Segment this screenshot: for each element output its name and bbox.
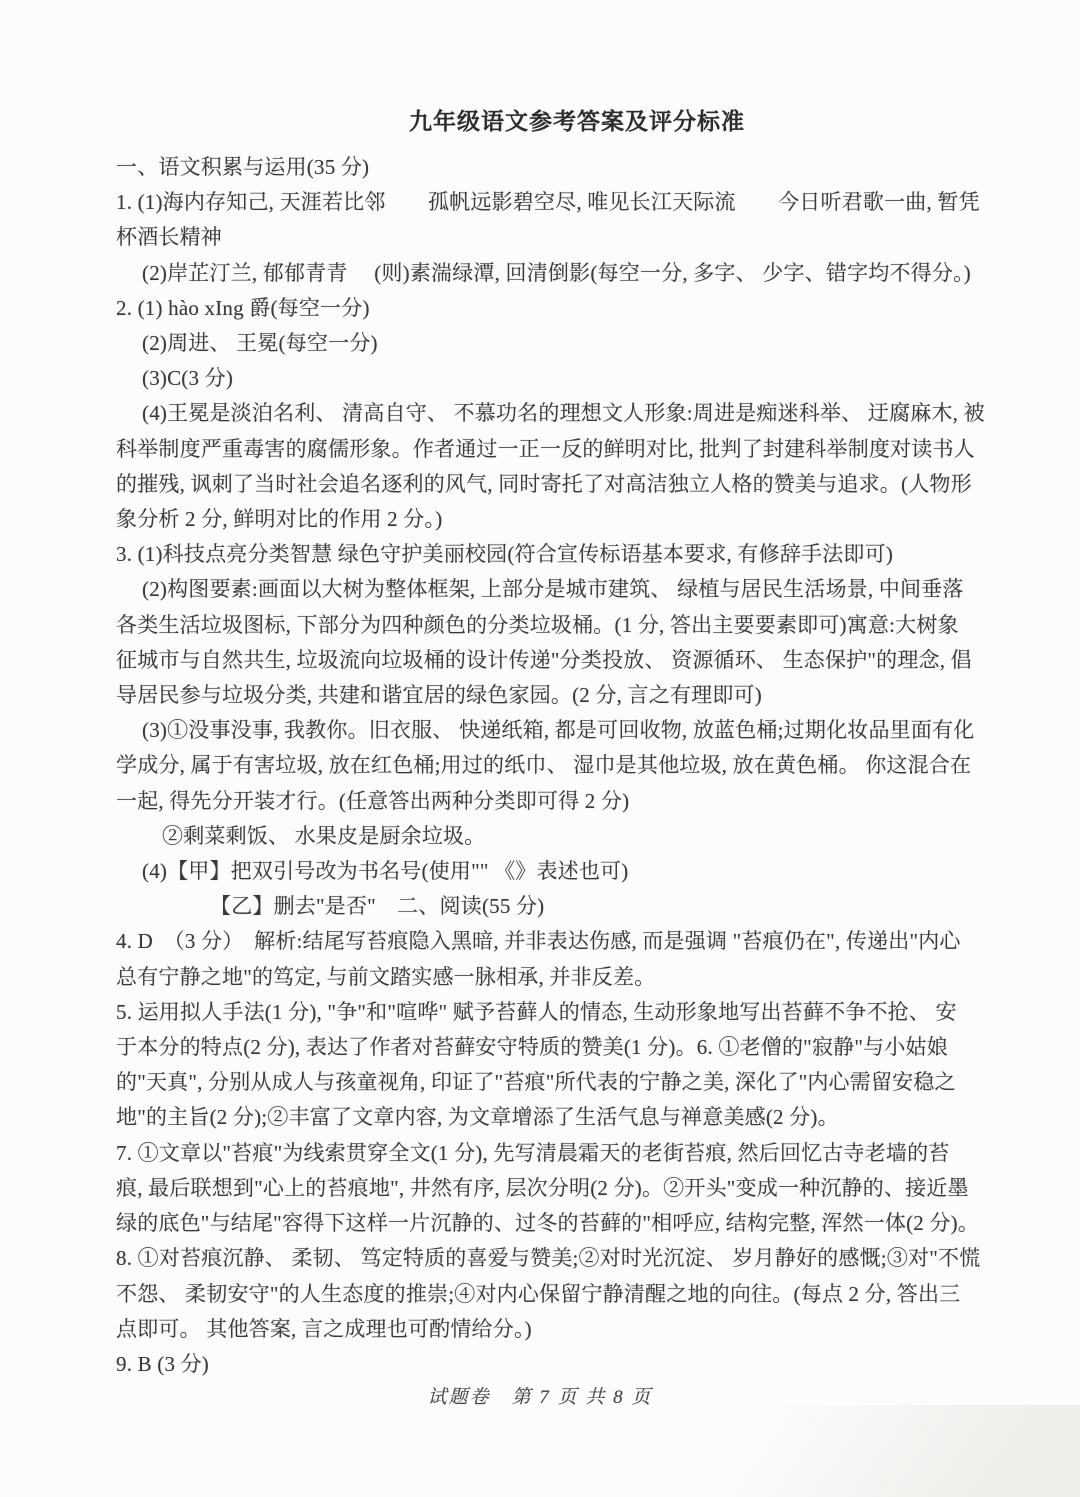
text-line: 【乙】删去"是否" 二、阅读(55 分) <box>116 889 992 924</box>
page-footer: 试题卷 第 7 页 共 8 页 <box>0 1382 1080 1409</box>
text-line: 征城市与自然共生, 垃圾流向垃圾桶的设计传递"分类投放、 资源循环、 生态保护"… <box>116 643 992 678</box>
text-line: 各类生活垃圾图标, 下部分为四种颜色的分类垃圾桶。(1 分, 答出主要要素即可)… <box>116 608 992 643</box>
text-line: 点即可。 其他答案, 言之成理也可酌情给分。) <box>116 1312 992 1347</box>
text-line: 总有宁静之地"的笃定, 与前文踏实感一脉相承, 并非反差。 <box>116 960 992 995</box>
scan-shadow-artifact <box>720 1405 1080 1497</box>
document-content: 九年级语文参考答案及评分标准 一、语文积累与运用(35 分)1. (1)海内存知… <box>116 104 992 1382</box>
text-line: 绿的底色"与结尾"容得下这样一片沉静的、过冬的苔藓的"相呼应, 结构完整, 浑然… <box>116 1206 992 1241</box>
text-line: 的"天真", 分别从成人与孩童视角, 印证了"苔痕"所代表的宁静之美, 深化了"… <box>116 1065 992 1100</box>
text-line: 导居民参与垃圾分类, 共建和谐宜居的绿色家园。(2 分, 言之有理即可) <box>116 678 992 713</box>
text-line: 4. D （3 分） 解析:结尾写苔痕隐入黑暗, 并非表达伤感, 而是强调 "苔… <box>116 924 992 959</box>
text-line: 1. (1)海内存知己, 天涯若比邻 孤帆远影碧空尽, 唯见长江天际流 今日听君… <box>116 185 992 220</box>
page-title: 九年级语文参考答案及评分标准 <box>162 104 992 140</box>
text-line: (3)①没事没事, 我教你。旧衣服、 快递纸箱, 都是可回收物, 放蓝色桶;过期… <box>116 713 992 748</box>
text-line: 于本分的特点(2 分), 表达了作者对苔藓安守特质的赞美(1 分)。6. ①老僧… <box>116 1030 992 1065</box>
text-line: 痕, 最后联想到"心上的苔痕地", 井然有序, 层次分明(2 分)。②开头"变成… <box>116 1171 992 1206</box>
text-line: 9. B (3 分) <box>116 1347 992 1382</box>
text-line: 7. ①文章以"苔痕"为线索贯穿全文(1 分), 先写清晨霜天的老街苔痕, 然后… <box>116 1136 992 1171</box>
text-line: 5. 运用拟人手法(1 分), "争"和"喧哗" 赋予苔藓人的情态, 生动形象地… <box>116 995 992 1030</box>
text-line: (2)岸芷汀兰, 郁郁青青 (则)素湍绿潭, 回清倒影(每空一分, 多字、 少字… <box>116 256 992 291</box>
text-line: 不怨、 柔韧安守"的人生态度的推崇;④对内心保留宁静清醒之地的向往。(每点 2 … <box>116 1277 992 1312</box>
scanned-answer-sheet-page: 九年级语文参考答案及评分标准 一、语文积累与运用(35 分)1. (1)海内存知… <box>0 0 1080 1497</box>
text-line: 科举制度严重毒害的腐儒形象。作者通过一正一反的鲜明对比, 批判了封建科举制度对读… <box>116 432 992 467</box>
text-line: (3)C(3 分) <box>116 361 992 396</box>
text-line: (2)构图要素:画面以大树为整体框架, 上部分是城市建筑、 绿植与居民生活场景,… <box>116 572 992 607</box>
text-line: 2. (1) hào xIng 爵(每空一分) <box>116 291 992 326</box>
text-line: 杯酒长精神 <box>116 220 992 255</box>
text-line: 地"的主旨(2 分);②丰富了文章内容, 为文章增添了生活气息与禅意美感(2 分… <box>116 1100 992 1135</box>
document-body: 一、语文积累与运用(35 分)1. (1)海内存知己, 天涯若比邻 孤帆远影碧空… <box>116 150 992 1382</box>
text-line: 3. (1)科技点亮分类智慧 绿色守护美丽校园(符合宣传标语基本要求, 有修辞手… <box>116 537 992 572</box>
text-line: 的摧残, 讽刺了当时社会追名逐利的风气, 同时寄托了对高洁独立人格的赞美与追求。… <box>116 467 992 502</box>
text-line: 一起, 得先分开装才行。(任意答出两种分类即可得 2 分) <box>116 784 992 819</box>
text-line: 一、语文积累与运用(35 分) <box>116 150 992 185</box>
text-line: (4)王冕是淡泊名利、 清高自守、 不慕功名的理想文人形象:周进是痴迷科举、 迂… <box>116 396 992 431</box>
text-line: (2)周进、 王冕(每空一分) <box>116 326 992 361</box>
text-line: 学成分, 属于有害垃圾, 放在红色桶;用过的纸巾、 湿巾是其他垃圾, 放在黄色桶… <box>116 748 992 783</box>
text-line: 8. ①对苔痕沉静、 柔韧、 笃定特质的喜爱与赞美;②对时光沉淀、 岁月静好的感… <box>116 1241 992 1276</box>
text-line: 象分析 2 分, 鲜明对比的作用 2 分。) <box>116 502 992 537</box>
text-line: (4)【甲】把双引号改为书名号(使用"" 《》表述也可) <box>116 854 992 889</box>
text-line: ②剩菜剩饭、 水果皮是厨余垃圾。 <box>116 819 992 854</box>
